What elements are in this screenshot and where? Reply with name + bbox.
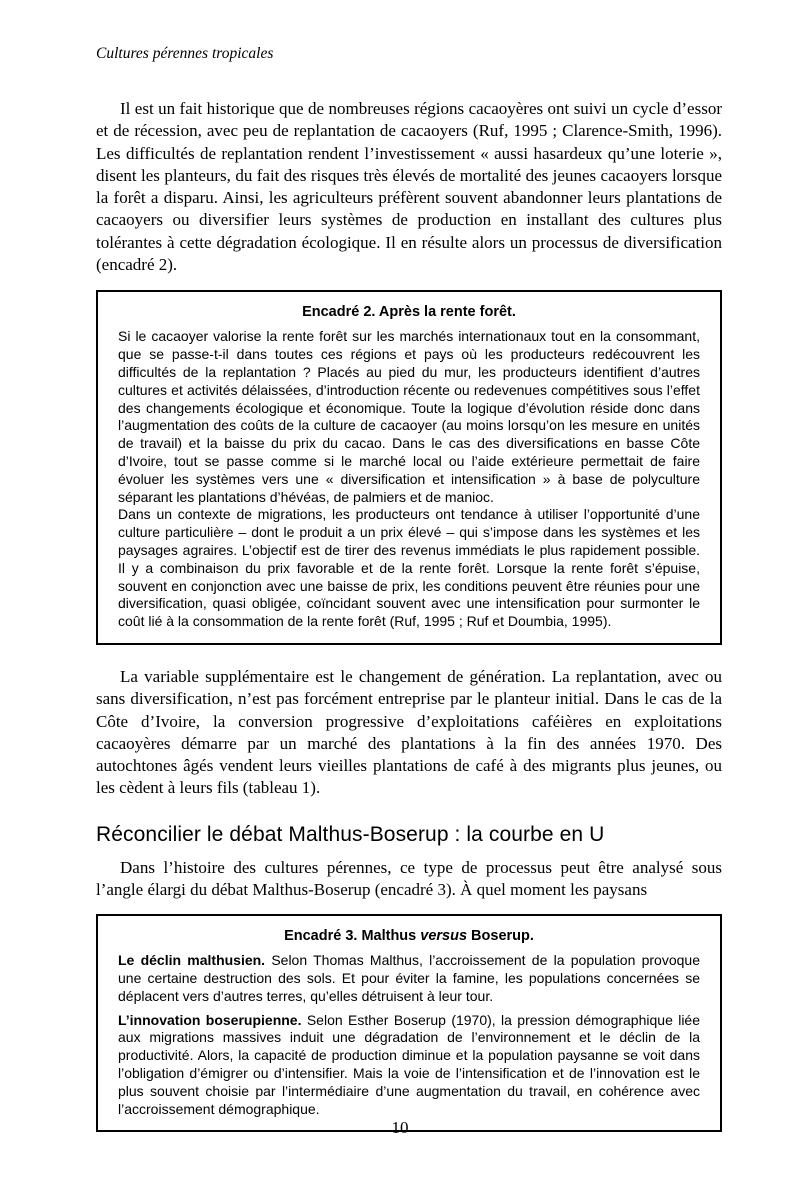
encadre-3-paragraph-boserup: L’innovation boserupienne. Selon Esther … bbox=[118, 1012, 700, 1119]
encadre-3-title-versus: versus bbox=[420, 928, 467, 944]
encadre-2-box: Encadré 2. Après la rente forêt. Si le c… bbox=[96, 290, 722, 645]
section-heading-malthus-boserup: Réconcilier le débat Malthus-Boserup : l… bbox=[96, 823, 722, 847]
text-column: Cultures pérennes tropicales Il est un f… bbox=[96, 0, 722, 1132]
encadre-3-title: Encadré 3. Malthus versus Boserup. bbox=[118, 927, 700, 945]
encadre-3-paragraph-malthus: Le déclin malthusien. Selon Thomas Malth… bbox=[118, 952, 700, 1005]
paragraph-debate-intro: Dans l’histoire des cultures pérennes, c… bbox=[96, 857, 722, 902]
encadre-2-paragraph-2: Dans un contexte de migrations, les prod… bbox=[118, 506, 700, 631]
encadre-3-title-suffix: Boserup. bbox=[467, 928, 534, 944]
encadre-2-paragraph-1: Si le cacaoyer valorise la rente forêt s… bbox=[118, 328, 700, 506]
malthus-lead-in: Le déclin malthusien. bbox=[118, 952, 265, 968]
encadre-3-title-prefix: Encadré 3. Malthus bbox=[284, 928, 420, 944]
boserup-lead-in: L’innovation boserupienne. bbox=[118, 1012, 301, 1028]
paragraph-generation-change: La variable supplémentaire est le change… bbox=[96, 666, 722, 800]
book-page: { "page": { "running_header": "Cultures … bbox=[0, 0, 800, 1200]
page-number: 10 bbox=[0, 1118, 800, 1138]
encadre-3-box: Encadré 3. Malthus versus Boserup. Le dé… bbox=[96, 914, 722, 1132]
paragraph-intro-cacao-cycle: Il est un fait historique que de nombreu… bbox=[96, 98, 722, 276]
encadre-2-title: Encadré 2. Après la rente forêt. bbox=[118, 303, 700, 321]
running-header: Cultures pérennes tropicales bbox=[96, 45, 722, 63]
